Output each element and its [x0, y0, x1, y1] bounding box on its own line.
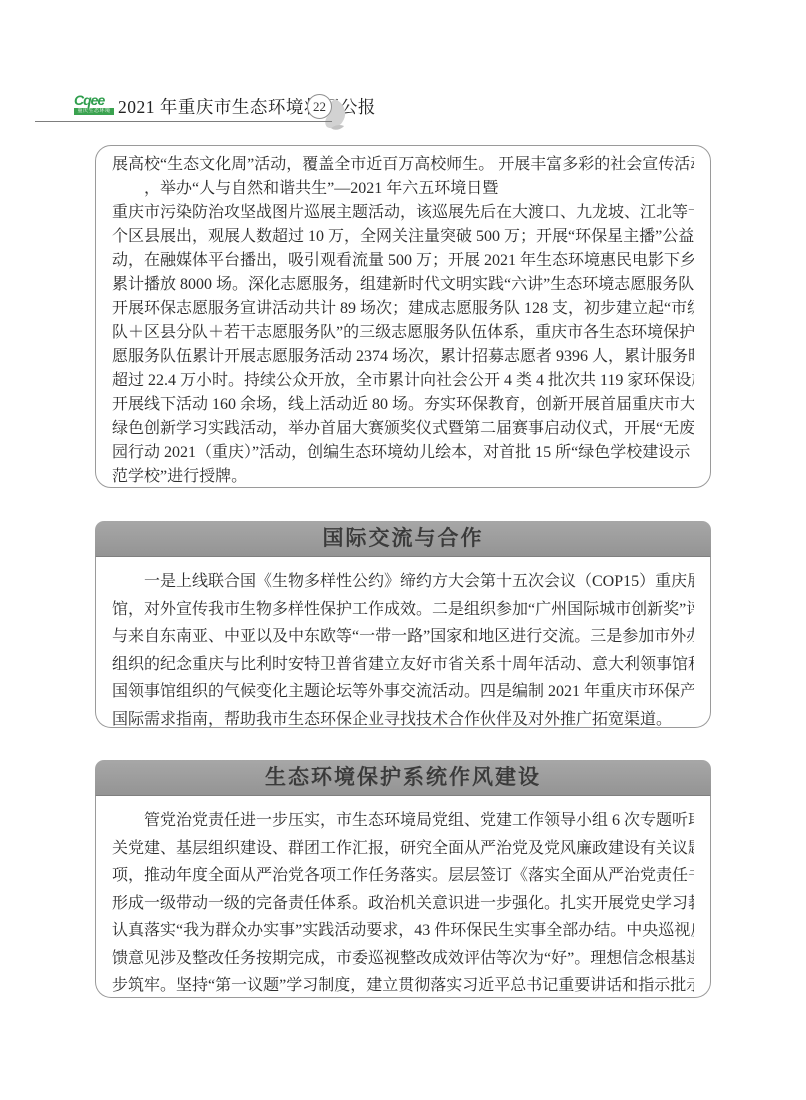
- text-line: 超过 22.4 万小时。持续公众开放，全市累计向社会公开 4 类 4 批次共 1…: [112, 369, 694, 393]
- text-line: 步筑牢。坚持“第一议题”学习制度，建立贯彻落实习近平总书记重要讲话和指示批示精: [112, 972, 694, 1000]
- text-line: 展高校“生态文化周”活动，覆盖全市近百万高校师生。 开展丰富多彩的社会宣传活动: [112, 153, 694, 177]
- text-line: 队＋区县分队＋若干志愿服务队”的三级志愿服务队伍体系，重庆市各生态环境保护志: [112, 321, 694, 345]
- text-line: 关党建、基层组织建设、群团工作汇报，研究全面从严治党及党风廉政建设有关议题 47: [112, 835, 694, 863]
- section-body-conduct-building: 管党治党责任进一步压实，市生态环境局党组、党建工作领导小组 6 次专题听取机 关…: [95, 795, 711, 998]
- intro-text-box: 展高校“生态文化周”活动，覆盖全市近百万高校师生。 开展丰富多彩的社会宣传活动 …: [95, 145, 711, 488]
- text-line: 累计播放 8000 场。深化志愿服务，组建新时代文明实践“六讲”生态环境志愿服务…: [112, 273, 694, 297]
- text-line: 开展线下活动 160 余场，线上活动近 80 场。夯实环保教育，创新开展首届重庆…: [112, 393, 694, 417]
- text-line: 个区县展出，观展人数超过 10 万，全网关注量突破 500 万；开展“环保星主播…: [112, 225, 694, 249]
- text-line: 一是上线联合国《生物多样性公约》缔约方大会第十五次会议（COP15）重庆展览: [112, 568, 694, 596]
- section-body-international-exchange: 一是上线联合国《生物多样性公约》缔约方大会第十五次会议（COP15）重庆展览 馆…: [95, 556, 711, 728]
- text-line: 愿服务队伍累计开展志愿服务活动 2374 场次，累计招募志愿者 9396 人，累…: [112, 345, 694, 369]
- text-line: ，举办“人与自然和谐共生”—2021 年六五环境日暨: [112, 177, 694, 201]
- text-line: 馈意见涉及整改任务按期完成，市委巡视整改成效评估等次为“好”。理想信念根基进一: [112, 945, 694, 973]
- text-line: 组织的纪念重庆与比利时安特卫普省建立友好市省关系十周年活动、意大利领事馆和英: [112, 651, 694, 679]
- text-line: 国际需求指南，帮助我市生态环保企业寻找技术合作伙伴及对外推广拓宽渠道。: [112, 706, 694, 734]
- header-divider: [35, 121, 332, 122]
- text-line: 园行动 2021（重庆）”活动，创编生态环境幼儿绘本，对首批 15 所“绿色学校…: [112, 441, 694, 465]
- page-number-badge: 22: [307, 94, 332, 119]
- text-line: 开展环保志愿服务宣讲活动共计 89 场次；建成志愿服务队 128 支，初步建立起…: [112, 297, 694, 321]
- cqee-logo-text: Cqee: [74, 93, 120, 107]
- text-line: 国领事馆组织的气候变化主题论坛等外事交流活动。四是编制 2021 年重庆市环保产…: [112, 678, 694, 706]
- text-line: 形成一级带动一级的完备责任体系。政治机关意识进一步强化。扎实开展党史学习教育，: [112, 890, 694, 918]
- text-line: 范学校”进行授牌。: [112, 465, 694, 489]
- text-line: 项，推动年度全面从严治党各项工作任务落实。层层签订《落实全面从严治党责任书》，: [112, 862, 694, 890]
- text-line: 管党治党责任进一步压实，市生态环境局党组、党建工作领导小组 6 次专题听取机: [112, 807, 694, 835]
- report-page: Cqee 重庆生态环境 2021 年重庆市生态环境状况公报 22 展高校“生态文…: [0, 0, 806, 1100]
- section-header-conduct-building: 生态环境保护系统作风建设: [95, 760, 711, 795]
- text-line: 认真落实“我为群众办实事”实践活动要求，43 件环保民生实事全部办结。中央巡视反: [112, 917, 694, 945]
- cqee-logo-subtitle: 重庆生态环境: [74, 108, 114, 115]
- text-line: 绿色创新学习实践活动，举办首届大赛颁奖仪式暨第二届赛事启动仪式，开展“无废校: [112, 417, 694, 441]
- section-header-international-exchange: 国际交流与合作: [95, 521, 711, 556]
- text-line: 重庆市污染防治攻坚战图片巡展主题活动，该巡展先后在大渡口、九龙坡、江北等十余: [112, 201, 694, 225]
- text-line: 动，在融媒体平台播出，吸引观看流量 500 万；开展 2021 年生态环境惠民电…: [112, 249, 694, 273]
- text-line: 馆，对外宣传我市生物多样性保护工作成效。二是组织参加“广州国际城市创新奖”评选，: [112, 596, 694, 624]
- cqee-logo: Cqee 重庆生态环境: [74, 93, 120, 119]
- text-line: 与来自东南亚、中亚以及中东欧等“一带一路”国家和地区进行交流。三是参加市外办: [112, 623, 694, 651]
